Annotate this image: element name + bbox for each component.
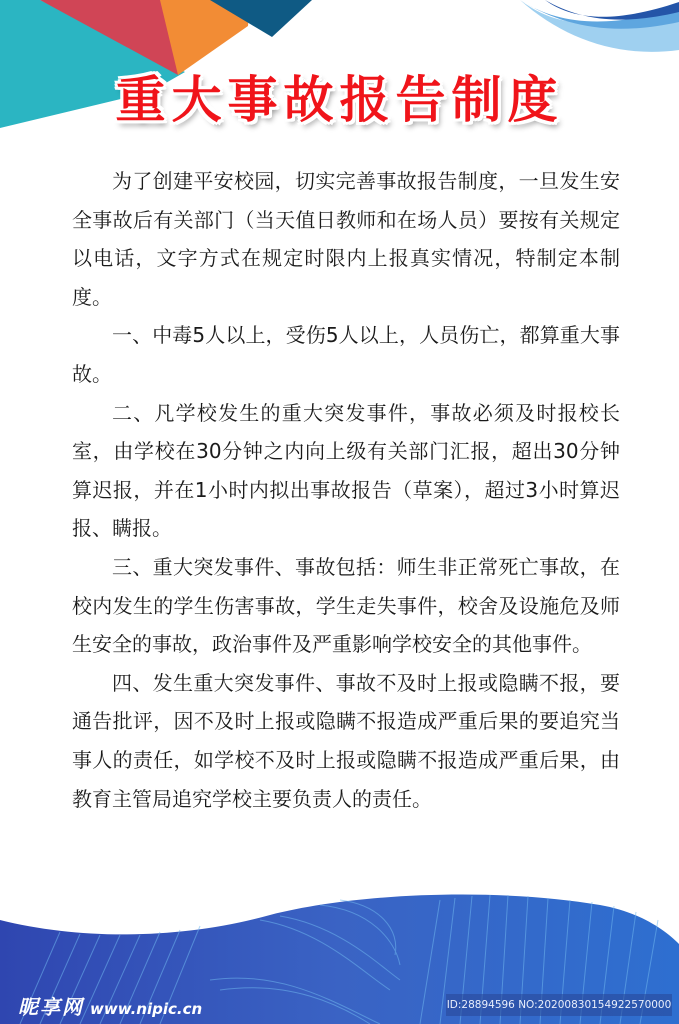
watermark-url: www.nipic.cn: [90, 1000, 202, 1018]
rule-paragraph-3: 三、重大突发事件、事故包括：师生非正常死亡事故，在校内发生的学生伤害事故，学生走…: [72, 548, 620, 664]
watermark-logo-text: 昵享网: [18, 995, 84, 1019]
rule-paragraph-2: 二、凡学校发生的重大突发事件，事故必须及时报校长室，由学校在30分钟之内向上级有…: [72, 394, 620, 548]
poster-title: 重大事故报告制度: [0, 60, 679, 132]
rule-paragraph-4: 四、发生重大突发事件、事故不及时上报或隐瞒不报，要通告批评，因不及时上报或隐瞒不…: [72, 664, 620, 818]
rule-paragraph-1: 一、中毒5人以上，受伤5人以上，人员伤亡，都算重大事故。: [72, 316, 620, 393]
poster-body: 为了创建平安校园，切实完善事故报告制度，一旦发生安全事故后有关部门（当天值日教师…: [72, 162, 620, 818]
watermark-id-badge: ID:28894596 NO:20200830154922570000: [446, 994, 672, 1016]
intro-paragraph: 为了创建平安校园，切实完善事故报告制度，一旦发生安全事故后有关部门（当天值日教师…: [72, 162, 620, 316]
watermark-logo: 昵享网www.nipic.cn: [18, 991, 202, 1020]
